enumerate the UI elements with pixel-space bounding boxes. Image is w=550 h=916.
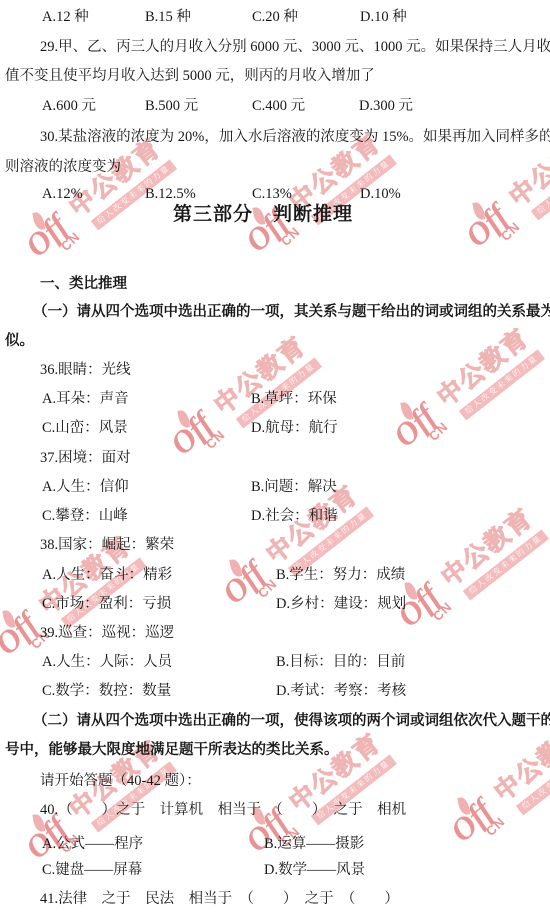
question-40-stem: 40.（ ）之于 计算机 相当于 （ ） 之于 相机 [40,801,550,821]
instruction-1-line-2: 似。 [5,332,550,352]
option-b: B.目标：目的：目前 [276,653,405,671]
option-b: B.12.5% [145,185,196,203]
instruction-2-line-2: 号中，能够最大限度地满足题干所表达的类比关系。 [5,741,550,761]
option-c: C.400 元 [252,97,305,115]
option-d: D.数学——风景 [264,861,365,879]
option-b: B.500 元 [145,97,198,115]
option-a: A.600 元 [42,97,96,115]
options-row-q40-cd: C.键盘——屏幕 D.数学——风景 [0,861,550,881]
options-row-q36-ab: A.耳朵：声音 B.草坪：环保 [0,390,550,410]
options-row-q39-cd: C.数学：数控：数量 D.考试：考察：考核 [0,682,550,702]
option-c: C.山峦：风景 [42,419,128,437]
option-c: C.20 种 [252,8,298,26]
question-29-line-1: 29.甲、乙、丙三人的月收入分别 6000 元、3000 元、1000 元。如果… [40,38,550,58]
question-39-stem: 39.巡查：巡视：巡逻 [40,624,550,644]
options-row-q29: A.600 元 B.500 元 C.400 元 D.300 元 [0,97,550,117]
watermark-off-text: Off [0,607,42,659]
options-row-q39-ab: A.人生：人际：人员 B.目标：目的：目前 [0,653,550,673]
instruction-2-line-1: （二）请从四个选项中选出正确的一项，使得该项的两个词或词组依次代入题干的括 [33,712,550,732]
options-row-q38-cd: C.市场：盈利：亏损 D.乡村：建设：规划 [0,595,550,615]
option-d: D.考试：考察：考核 [276,682,406,700]
option-d: D.航母：航行 [251,419,338,437]
begin-answering-note: 请开始答题（40-42 题）： [40,772,550,792]
watermark-cn-text: CN [58,229,83,254]
option-a: A.12% [42,185,83,203]
options-row-q40-ab: A.公式——程序 B.运算——摄影 [0,835,550,855]
question-41-stem: 41.法律 之于 民法 相当于 （ ） 之于 （ ） [40,890,550,910]
options-row-q37-ab: A.人生：信仰 B.问题：解决 [0,478,550,498]
options-row-q28: A.12 种 B.15 种 C.20 种 D.10 种 [0,8,550,28]
option-c: C.13% [252,185,292,203]
question-37-stem: 37.困境：面对 [40,449,550,469]
option-a: A.人生：信仰 [42,478,129,496]
option-b: B.问题：解决 [251,478,337,496]
option-a: A.12 种 [42,8,89,26]
exam-document-page: A.12 种 B.15 种 C.20 种 D.10 种 29.甲、乙、丙三人的月… [0,0,550,916]
options-row-q38-ab: A.人生：奋斗：精彩 B.学生：努力：成绩 [0,566,550,586]
option-a: A.公式——程序 [42,835,143,853]
option-d: D.社会：和谐 [251,507,338,525]
option-b: B.草坪：环保 [251,390,337,408]
instruction-1-line-1: （一）请从四个选项中选出正确的一项，其关系与题干给出的词或词组的关系最为相 [33,303,550,323]
section-1-heading: 一、类比推理 [40,275,550,295]
option-d: D.10% [360,185,401,203]
options-row-q30: A.12% B.12.5% C.13% D.10% [0,185,550,205]
option-c: C.键盘——屏幕 [42,861,142,879]
option-d: D.乡村：建设：规划 [276,595,406,613]
option-c: C.攀登：山峰 [42,507,128,525]
option-d: D.10 种 [360,8,407,26]
part-3-title: 第三部分 判断推理 [0,206,538,232]
question-29-line-2: 值不变且使平均月收入达到 5000 元，则丙的月收入增加了 [5,67,550,87]
option-a: A.耳朵：声音 [42,390,129,408]
question-30-line-2: 则溶液的浓度变为 [5,158,550,178]
option-b: B.15 种 [145,8,191,26]
option-c: C.市场：盈利：亏损 [42,595,171,613]
question-38-stem: 38.国家：崛起：繁荣 [40,536,550,556]
question-36-stem: 36.眼睛：光线 [40,361,550,381]
option-d: D.300 元 [359,97,413,115]
option-b: B.运算——摄影 [264,835,364,853]
question-30-line-1: 30.某盐溶液的浓度为 20%，加入水后溶液的浓度变为 15%。如果再加入同样多… [40,128,550,148]
option-a: A.人生：人际：人员 [42,653,172,671]
options-row-q37-cd: C.攀登：山峰 D.社会：和谐 [0,507,550,527]
option-c: C.数学：数控：数量 [42,682,171,700]
watermark-brand-text: 中公教育 [490,720,550,807]
option-b: B.学生：努力：成绩 [276,566,405,584]
option-a: A.人生：奋斗：精彩 [42,566,172,584]
options-row-q36-cd: C.山峦：风景 D.航母：航行 [0,419,550,439]
